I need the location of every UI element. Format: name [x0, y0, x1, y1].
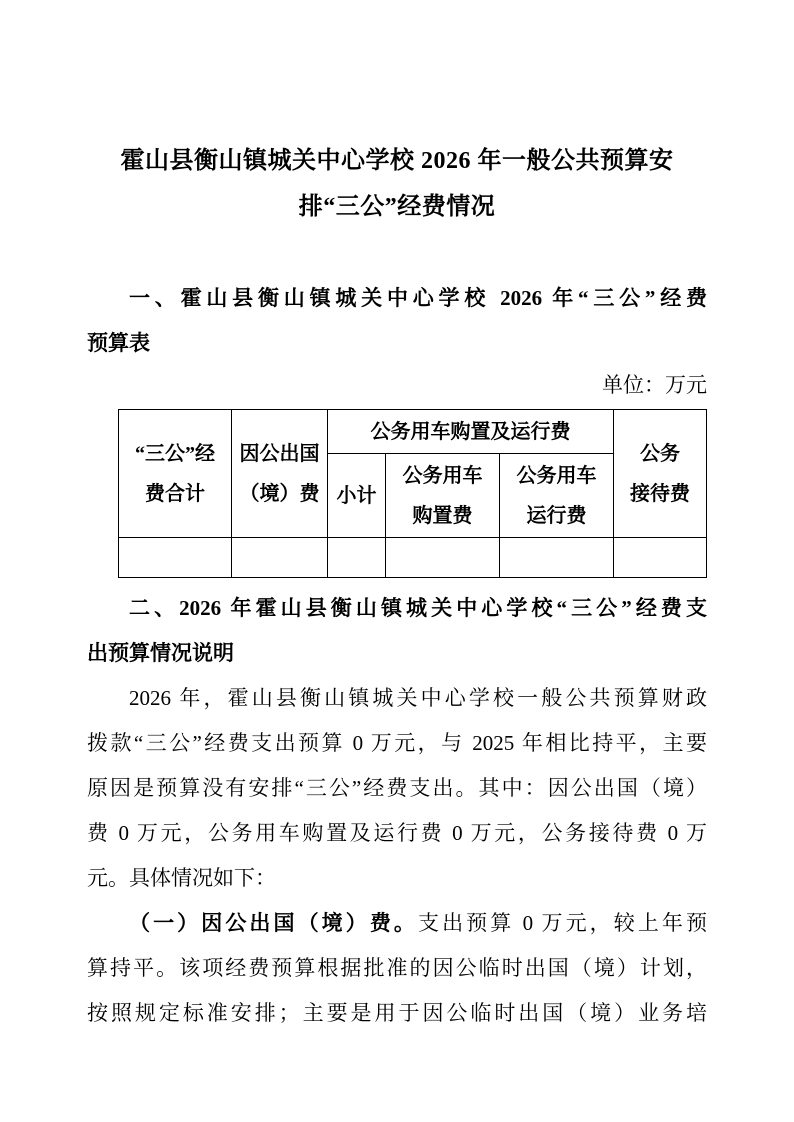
data-cell-sangong-total	[119, 538, 232, 578]
document-page: 霍山县衡山镇城关中心学校 2026 年一般公共预算安 排“三公”经费情况 一、霍…	[0, 0, 794, 1122]
text-line: 2026 年，霍山县衡山镇城关中心学校一般公共预算财政	[87, 676, 707, 721]
table-unit-label: 单位：万元	[87, 371, 707, 399]
text-line: 费 0 万元，公务用车购置及运行费 0 万元，公务接待费 0 万	[87, 811, 707, 856]
header-cell-sangong-total: “三公”经 费合计	[119, 410, 232, 538]
text-line: 拨款“三公”经费支出预算 0 万元，与 2025 年相比持平，主要	[87, 721, 707, 766]
text-line: 一、霍山县衡山镇城关中心学校 2026 年“三公”经费	[87, 276, 707, 321]
header-cell-reception-fee: 公务 接待费	[614, 410, 707, 538]
text-line: 原因是预算没有安排“三公”经费支出。其中：因公出国（境）	[87, 766, 707, 811]
table-data-row	[119, 538, 707, 578]
text-line: 出预算情况说明	[87, 631, 707, 676]
text-line: 按照规定标准安排；主要是用于因公临时出国（境）业务培	[87, 991, 707, 1036]
header-cell-vehicle-group: 公务用车购置及运行费	[328, 410, 614, 454]
item1-lead-bold: （一）因公出国（境）费。	[129, 911, 418, 935]
paragraph-intro: 2026 年，霍山县衡山镇城关中心学校一般公共预算财政拨款“三公”经费支出预算 …	[87, 676, 707, 901]
data-cell-reception-fee	[614, 538, 707, 578]
text-line: 二、2026 年霍山县衡山镇城关中心学校“三公”经费支	[87, 586, 707, 631]
paragraph-item1: （一）因公出国（境）费。支出预算 0 万元，较上年预 算持平。该项经费预算根据批…	[87, 901, 707, 1036]
header-cell-subtotal: 小计	[328, 454, 386, 538]
header-cell-abroad-fee: 因公出国 （境）费	[232, 410, 328, 538]
item1-first-line-rest: 支出预算 0 万元，较上年预	[418, 911, 707, 935]
document-title: 霍山县衡山镇城关中心学校 2026 年一般公共预算安 排“三公”经费情况	[87, 138, 707, 230]
section1-heading: 一、霍山县衡山镇城关中心学校 2026 年“三公”经费预算表	[87, 276, 707, 366]
header-cell-vehicle-purchase: 公务用车 购置费	[386, 454, 500, 538]
paragraph-item1-first-line: （一）因公出国（境）费。支出预算 0 万元，较上年预	[87, 901, 707, 946]
data-cell-subtotal	[328, 538, 386, 578]
data-cell-vehicle-operation	[500, 538, 614, 578]
text-line: 算持平。该项经费预算根据批准的因公临时出国（境）计划，	[87, 946, 707, 991]
section2-heading: 二、2026 年霍山县衡山镇城关中心学校“三公”经费支出预算情况说明	[87, 586, 707, 676]
sangong-budget-table: “三公”经 费合计 因公出国 （境）费 公务用车购置及运行费 公务 接待费 小计…	[118, 409, 707, 578]
paragraph-item1-rest-lines: 算持平。该项经费预算根据批准的因公临时出国（境）计划，按照规定标准安排；主要是用…	[87, 946, 707, 1036]
header-cell-vehicle-operation: 公务用车 运行费	[500, 454, 614, 538]
data-cell-abroad-fee	[232, 538, 328, 578]
page-content: 霍山县衡山镇城关中心学校 2026 年一般公共预算安 排“三公”经费情况 一、霍…	[87, 0, 707, 1036]
data-cell-vehicle-purchase	[386, 538, 500, 578]
text-line: 预算表	[87, 321, 707, 366]
text-line: 元。具体情况如下：	[87, 856, 707, 901]
